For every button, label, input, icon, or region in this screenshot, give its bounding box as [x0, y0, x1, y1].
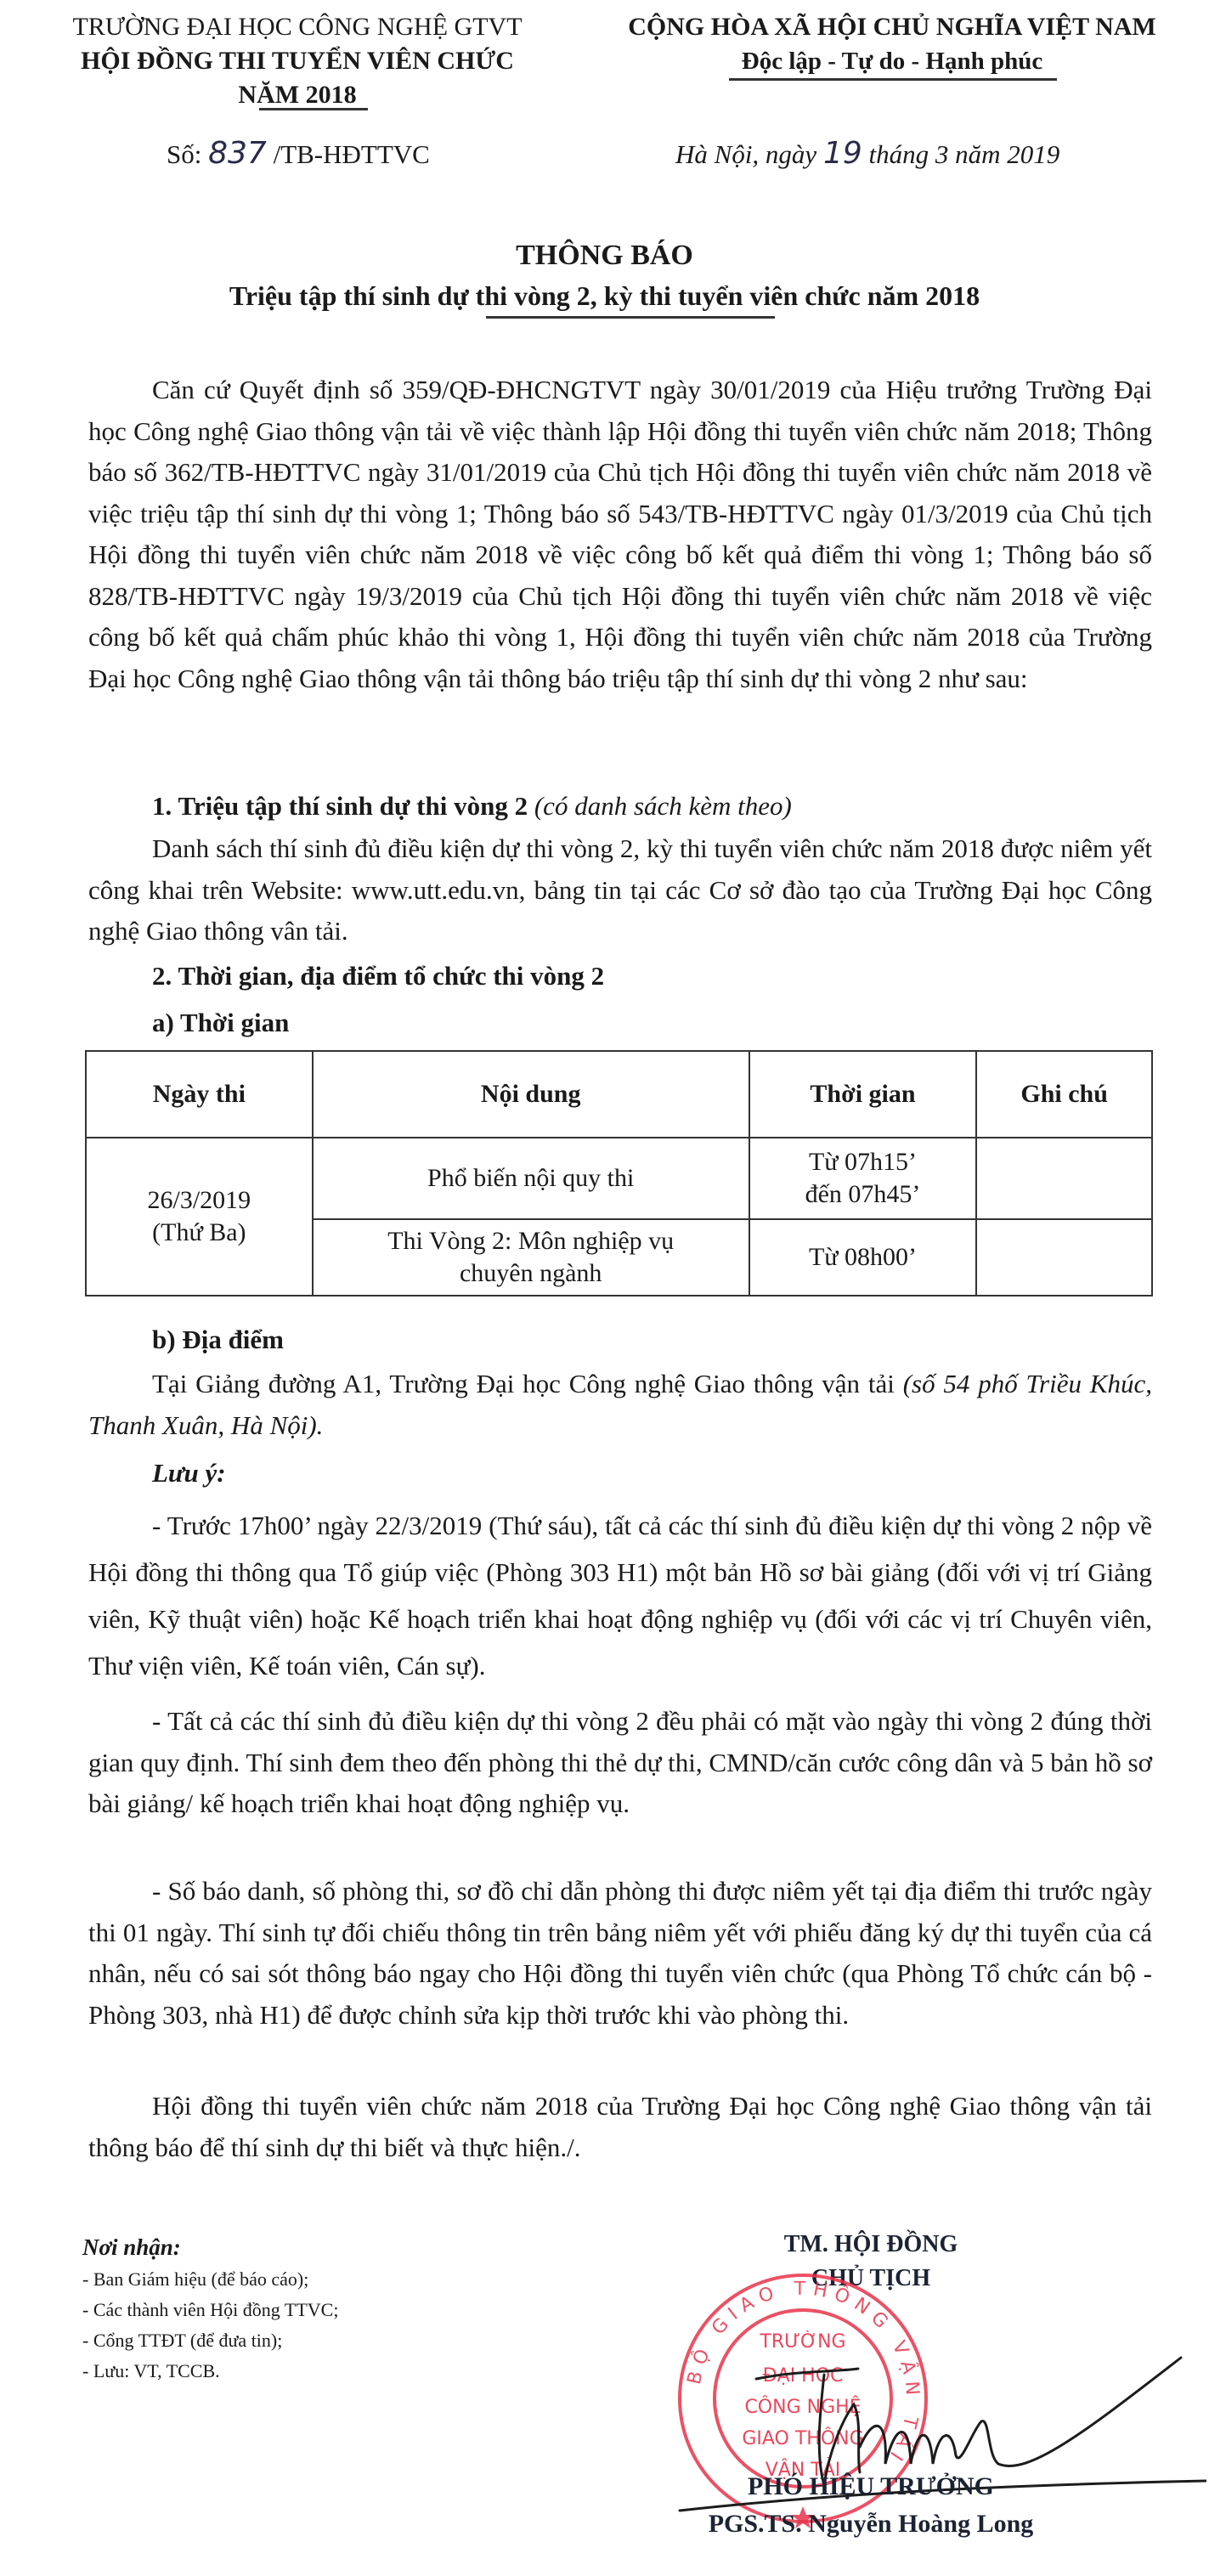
time-cell: Từ 07h15’ đến 07h45’: [749, 1138, 977, 1219]
col-header-note: Ghi chú: [976, 1051, 1152, 1138]
document-date: Hà Nội, ngày 19 tháng 3 năm 2019: [675, 136, 1059, 171]
location-subheading: b) Địa điểm: [88, 1319, 1152, 1361]
issuer-council: HỘI ĐỒNG THI TUYỂN VIÊN CHỨC: [34, 44, 561, 78]
national-motto-block: CỘNG HÒA XÃ HỘI CHỦ NGHĨA VIỆT NAM Độc l…: [595, 10, 1189, 78]
section2-heading: 2. Thời gian, địa điểm tổ chức thi vòng …: [88, 956, 1152, 997]
section1-heading: 1. Triệu tập thí sinh dự thi vòng 2 (có …: [88, 786, 1152, 828]
issuer-year: NĂM 2018: [34, 78, 561, 112]
document-number: Số: 837 /TB-HĐTTVC: [167, 136, 430, 171]
content-cell: Phổ biến nội quy thi: [313, 1138, 749, 1219]
exam-date-cell: 26/3/2019 (Thứ Ba): [86, 1138, 313, 1296]
content-cell: Thi Vòng 2: Môn nghiệp vụ chuyên ngành: [313, 1219, 749, 1296]
recipient-item: - Cổng TTĐT (để đưa tin);: [82, 2325, 338, 2356]
motto: Độc lập - Tự do - Hạnh phúc: [595, 44, 1189, 78]
col-header-content: Nội dung: [313, 1051, 749, 1138]
motto-underline: [729, 78, 1057, 81]
closing-paragraph: Hội đồng thi tuyển viên chức năm 2018 củ…: [88, 2086, 1152, 2168]
handwritten-day: 19: [823, 136, 862, 171]
recipients-block: Nơi nhận: - Ban Giám hiệu (để báo cáo); …: [82, 2230, 338, 2387]
country-name: CỘNG HÒA XÃ HỘI CHỦ NGHĨA VIỆT NAM: [595, 10, 1189, 44]
notice-subtitle: Triệu tập thí sinh dự thi vòng 2, kỳ thi…: [0, 280, 1209, 312]
handwritten-number: 837: [208, 136, 267, 171]
exam-schedule-table: Ngày thi Nội dung Thời gian Ghi chú 26/3…: [85, 1050, 1153, 1296]
notice-title: THÔNG BÁO: [0, 240, 1209, 272]
preamble-paragraph: Căn cứ Quyết định số 359/QĐ-ĐHCNGTVT ngà…: [88, 370, 1152, 699]
note-heading: Lưu ý:: [88, 1453, 1152, 1494]
time-cell: Từ 08h00’: [749, 1219, 977, 1296]
recipient-item: - Lưu: VT, TCCB.: [82, 2356, 338, 2387]
table-header-row: Ngày thi Nội dung Thời gian Ghi chú: [86, 1051, 1152, 1138]
recipient-item: - Ban Giám hiệu (để báo cáo);: [82, 2264, 338, 2295]
issuer-school: TRƯỜNG ĐẠI HỌC CÔNG NGHỆ GTVT: [34, 10, 561, 44]
note-cell: [976, 1219, 1152, 1296]
col-header-date: Ngày thi: [86, 1051, 313, 1138]
note-item: - Trước 17h00’ ngày 22/3/2019 (Thứ sáu),…: [88, 1502, 1152, 1689]
note-item: - Tất cả các thí sinh đủ điều kiện dự th…: [88, 1701, 1152, 1825]
note-cell: [976, 1138, 1152, 1219]
title-underline: [486, 316, 775, 319]
section1-text: Danh sách thí sinh đủ điều kiện dự thi v…: [88, 828, 1152, 952]
issuer-block: TRƯỜNG ĐẠI HỌC CÔNG NGHỆ GTVT HỘI ĐỒNG T…: [34, 10, 561, 112]
time-subheading: a) Thời gian: [88, 1003, 1152, 1044]
signer-block: PHÓ HIỆU TRƯỞNG PGS.TS. Nguyễn Hoàng Lon…: [671, 2468, 1071, 2543]
location-text: Tại Giảng đường A1, Trường Đại học Công …: [88, 1364, 1152, 1446]
note-item: - Số báo danh, số phòng thi, sơ đồ chỉ d…: [88, 1871, 1152, 2036]
issuer-underline: [259, 108, 368, 110]
col-header-time: Thời gian: [749, 1051, 977, 1138]
table-row: 26/3/2019 (Thứ Ba) Phổ biến nội quy thi …: [86, 1138, 1152, 1219]
signer-position: PHÓ HIỆU TRƯỞNG: [671, 2468, 1071, 2505]
signer-name: PGS.TS. Nguyễn Hoàng Long: [671, 2505, 1071, 2543]
recipients-heading: Nơi nhận:: [82, 2230, 338, 2264]
recipient-item: - Các thành viên Hội đồng TTVC;: [82, 2295, 338, 2325]
